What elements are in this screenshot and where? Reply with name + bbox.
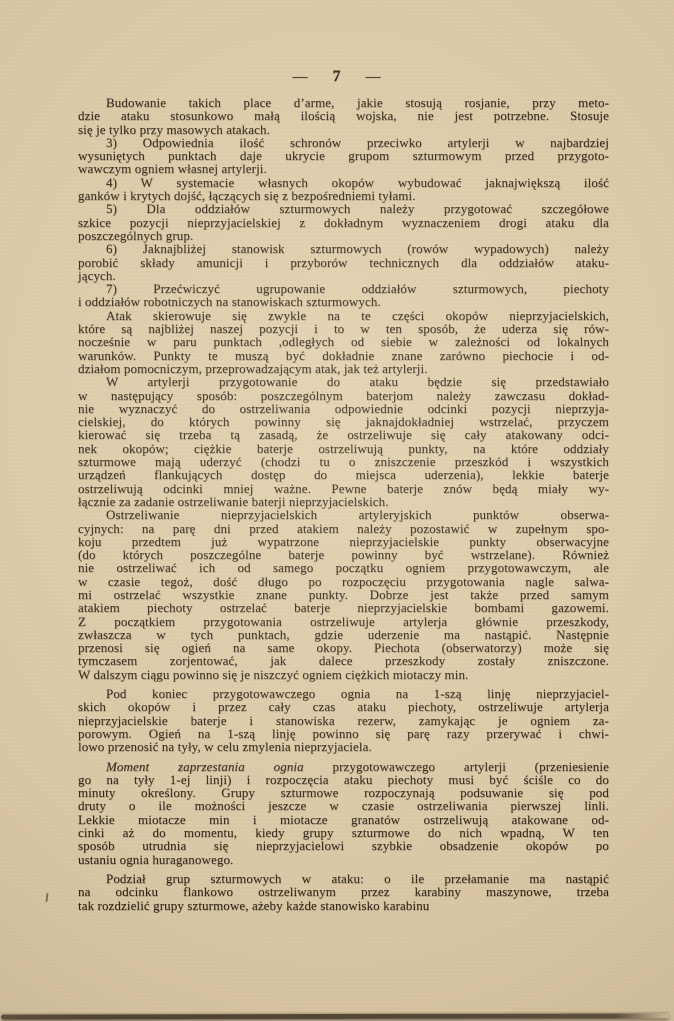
text-line: łącznie za zadanie ostrzeliwanie baterji… [78, 495, 609, 508]
text-line: cinki aż do momentu, kiedy grupy szturmo… [78, 826, 609, 839]
text-line: tak rozdzielić grupy szturmowe, ażeby ka… [78, 899, 609, 912]
text-line: i oddziałów robotniczych na stanowiskach… [78, 295, 609, 308]
text-line: 3) Odpowiednia ilość schronów przeciwko … [78, 136, 609, 149]
text-line: które są najbliżej naszej pozycji i to w… [78, 322, 609, 335]
text-line: Budowanie takich place d’arme, jakie sto… [78, 96, 609, 109]
text-line: Atak skierowuje się zwykle na te części … [78, 309, 609, 322]
text-line: ostrzeliwują odcinki mniej ważne. Pewne … [78, 482, 609, 495]
text-line: działom pomocniczym, przeprowadzającym a… [78, 362, 609, 375]
text-line: nie ostrzeliwać ich od samego początku o… [78, 561, 609, 574]
text-line: wysuniętych punktach daje ukrycie grupom… [78, 149, 609, 162]
text-line: szkice pozycji nieprzyjacielskiej z dokł… [78, 216, 609, 229]
paragraph: 3) Odpowiednia ilość schronów przeciwko … [78, 136, 609, 176]
paragraph: 4) W systemacie własnych okopów wybudowa… [78, 176, 609, 203]
page-header: — 7 — [0, 68, 674, 86]
text-line: minuty określony. Grupy szturmowe rozpoc… [78, 786, 609, 799]
paragraph: 7) Przećwiczyć ugrupowanie oddziałów szt… [78, 282, 609, 309]
text-line: Z początkiem przygotowania ostrzeliwuje … [78, 615, 609, 628]
paragraph: Moment zaprzestania ognia przygotowawcze… [78, 760, 609, 866]
text-line: W dalszym ciągu powinno się je niszczyć … [78, 668, 609, 681]
text-line: 4) W systemacie własnych okopów wybudowa… [78, 176, 609, 189]
text-line: ustaniu ognia huraganowego. [78, 853, 609, 866]
text-line: 5) Dla oddziałów szturmowych należy przy… [78, 202, 609, 215]
paragraph: W artylerji przygotowanie do ataku będzi… [78, 375, 609, 508]
text-line: na odcinku flankowo ostrzeliwanym przez … [78, 885, 609, 898]
scanned-document-page: — 7 — Budowanie takich place d’arme, jak… [0, 0, 674, 1021]
text-line: koju przedtem już wypatrzone nieprzyjaci… [78, 535, 609, 548]
text-line: nie wyznaczyć do ostrzeliwania odpowiedn… [78, 402, 609, 415]
text-line: 7) Przećwiczyć ugrupowanie oddziałów szt… [78, 282, 609, 295]
text-line: się je tylko przy masowych atakach. [78, 123, 609, 136]
text-line: W artylerji przygotowanie do ataku będzi… [78, 375, 609, 388]
text-line: 6) Jaknajbliżej stanowisk szturmowych (r… [78, 242, 609, 255]
text-line: Moment zaprzestania ognia przygotowawcze… [78, 760, 609, 773]
header-dash-right: — [366, 69, 382, 86]
text-line: Podział grup szturmowych w ataku: o ile … [78, 872, 609, 885]
text-line: jących. [78, 269, 609, 282]
text-line: nek okopów; ciężkie baterje ostrzeliwują… [78, 442, 609, 455]
text-line: (do których poszczególne baterje powinny… [78, 548, 609, 561]
paragraph: Atak skierowuje się zwykle na te części … [78, 309, 609, 375]
text-line: lowo przenosić na tyły, w celu zmylenia … [78, 740, 609, 753]
text-line: szturmowe mają uderzyć (chodzi tu o znis… [78, 455, 609, 468]
text-line: ganków i krytych dojść, łączących się z … [78, 189, 609, 202]
text-line: druty o ile możności jeszcze w czasie os… [78, 799, 609, 812]
text-line: nocześnie w paru punktach ,odległych od … [78, 335, 609, 348]
text-line: zwłaszcza w tych punktach, gdzie uderzen… [78, 628, 609, 641]
text-line: skich okopów i przez cały czas ataku pie… [78, 700, 609, 713]
text-block: Budowanie takich place d’arme, jakie sto… [78, 96, 609, 912]
paragraph: Podział grup szturmowych w ataku: o ile … [78, 872, 609, 912]
text-line: nieprzyjacielskie baterje i stanowiska r… [78, 714, 609, 727]
scan-edge-bottom [1, 1013, 669, 1019]
header-dash-left: — [293, 69, 309, 86]
text-line: cielskiej, do których powinny się jaknaj… [78, 415, 609, 428]
ink-speck [45, 893, 48, 902]
page-number: 7 [333, 68, 342, 86]
text-line: Lekkie miotacze min i miotacze granatów … [78, 813, 609, 826]
paragraph: Ostrzeliwanie nieprzyjacielskich artyler… [78, 508, 609, 681]
text-line: sposób utrudnia się nieprzyjacielowi szy… [78, 839, 609, 852]
text-line: porobić składy amunicji i przyborów tech… [78, 256, 609, 269]
text-line: mi ostrzelać wszystkie znane punkty. Dob… [78, 588, 609, 601]
text-line: Ostrzeliwanie nieprzyjacielskich artyler… [78, 508, 609, 521]
paragraph: Pod koniec przygotowawczego ognia na 1-s… [78, 687, 609, 753]
text-line: kierować się trzeba tą zasadą, że ostrze… [78, 428, 609, 441]
text-line: atakiem piechoty ostrzelać baterje niepr… [78, 601, 609, 614]
text-line: tymczasem zorjentować, jak dalece przesz… [78, 654, 609, 667]
text-line: w czasie tegoż, dość długo po rozpoczęci… [78, 575, 609, 588]
text-line: przenosi się ogień na same okopy. Piecho… [78, 641, 609, 654]
text-line: Pod koniec przygotowawczego ognia na 1-s… [78, 687, 609, 700]
text-line: warunków. Punkty te muszą być dokładnie … [78, 349, 609, 362]
text-line: wawczym ogniem własnej artylerji. [78, 162, 609, 175]
text-line: poszczególnych grup. [78, 229, 609, 242]
paragraph: 5) Dla oddziałów szturmowych należy przy… [78, 202, 609, 242]
text-line: urządzeń flankujących dostęp do miejsca … [78, 468, 609, 481]
text-line: cyjnych: na parę dni przed atakiem należ… [78, 522, 609, 535]
paragraph: Budowanie takich place d’arme, jakie sto… [78, 96, 609, 136]
text-line: go na tyły 1-ej linji) i rozpoczęcia ata… [78, 773, 609, 786]
text-line: w następujący sposób: poszczególnym bate… [78, 389, 609, 402]
text-line: porowym. Ogień na 1-szą linję powinno si… [78, 727, 609, 740]
text-line: dzie ataku stosunkowo małą ilością wojsk… [78, 109, 609, 122]
paragraph: 6) Jaknajbliżej stanowisk szturmowych (r… [78, 242, 609, 282]
